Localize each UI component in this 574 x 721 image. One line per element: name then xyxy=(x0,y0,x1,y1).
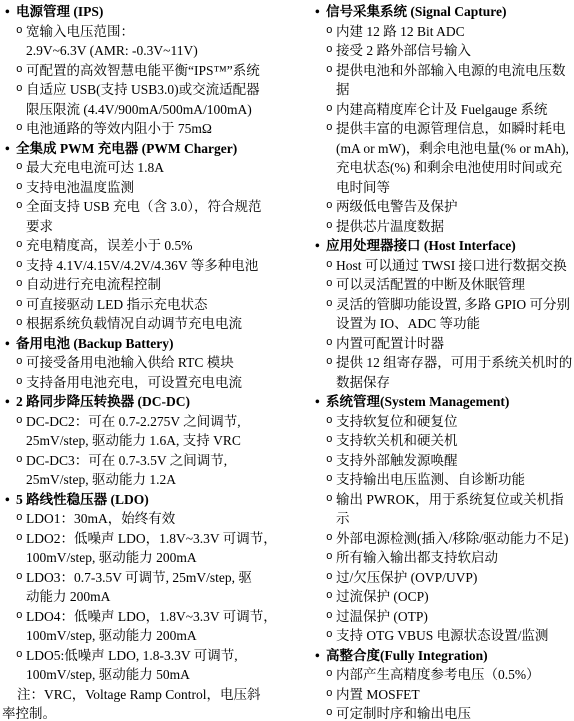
circle-bullet-icon: o xyxy=(16,80,26,119)
feature-item: o充电精度高，误差小于 0.5% xyxy=(5,236,295,256)
section-heading: •5 路线性稳压器 (LDO) xyxy=(5,490,295,510)
circle-bullet-icon: o xyxy=(16,353,26,373)
bullet-icon: • xyxy=(315,646,326,666)
feature-item-text: 内置可配置计时器 xyxy=(336,334,574,354)
section-heading: •2 路同步降压转换器 (DC-DC) xyxy=(5,392,295,412)
circle-bullet-icon: o xyxy=(16,529,26,568)
section-title-text: 应用处理器接口 (Host Interface) xyxy=(326,236,574,256)
features-column-left: •电源管理 (IPS)o宽输入电压范围：2.9V~6.3V (AMR: -0.3… xyxy=(5,2,295,721)
circle-bullet-icon: o xyxy=(16,119,26,139)
feature-item: o电池通路的等效内阻小于 75mΩ xyxy=(5,119,295,139)
feature-item-text: 提供芯片温度数据 xyxy=(336,217,574,237)
feature-item: o过/欠压保护 (OVP/UVP) xyxy=(315,568,574,588)
circle-bullet-icon: o xyxy=(326,334,336,354)
feature-item-text: 支持外部触发源唤醒 xyxy=(336,451,574,471)
feature-item: o内置 MOSFET xyxy=(315,685,574,705)
section-title-text: 全集成 PWM 充电器 (PWM Charger) xyxy=(16,139,295,159)
feature-item: o支持输出电压监测、自诊断功能 xyxy=(315,470,574,490)
section-title-text: 备用电池 (Backup Battery) xyxy=(16,334,295,354)
bullet-icon: • xyxy=(5,334,16,354)
circle-bullet-icon: o xyxy=(326,704,336,721)
circle-bullet-icon: o xyxy=(326,685,336,705)
feature-item: o内建高精度库仑计及 Fuelgauge 系统 xyxy=(315,100,574,120)
feature-item: o过流保护 (OCP) xyxy=(315,587,574,607)
feature-item: oDC-DC2：可在 0.7-2.275V 之间调节,25mV/step, 驱动… xyxy=(5,412,295,451)
circle-bullet-icon: o xyxy=(326,217,336,237)
circle-bullet-icon: o xyxy=(326,41,336,61)
circle-bullet-icon: o xyxy=(326,490,336,529)
bullet-icon: • xyxy=(5,392,16,412)
feature-item: o过温保护 (OTP) xyxy=(315,607,574,627)
bullet-icon: • xyxy=(5,139,16,159)
circle-bullet-icon: o xyxy=(16,275,26,295)
feature-item-text: 内部产生高精度参考电压（0.5%） xyxy=(336,665,574,685)
circle-bullet-icon: o xyxy=(326,529,336,549)
feature-item: oLDO4：低噪声 LDO，1.8V~3.3V 可调节，100mV/step, … xyxy=(5,607,295,646)
feature-item-text: 过/欠压保护 (OVP/UVP) xyxy=(336,568,574,588)
circle-bullet-icon: o xyxy=(16,646,26,685)
feature-item-text: LDO1：30mA，始终有效 xyxy=(26,509,295,529)
circle-bullet-icon: o xyxy=(16,22,26,61)
feature-item-text: 根据系统负载情况自动调节充电电流 xyxy=(26,314,295,334)
feature-item-text: 支持软关机和硬关机 xyxy=(336,431,574,451)
circle-bullet-icon: o xyxy=(16,412,26,451)
feature-item-text: 支持软复位和硬复位 xyxy=(336,412,574,432)
feature-item-text: 可定制时序和输出电压 xyxy=(336,704,574,721)
feature-item-text: 自适应 USB(支持 USB3.0)或交流适配器限压限流 (4.4V/900mA… xyxy=(26,80,295,119)
circle-bullet-icon: o xyxy=(16,158,26,178)
section-title-text: 电源管理 (IPS) xyxy=(16,2,295,22)
feature-item-text: 支持 OTG VBUS 电源状态设置/监测 xyxy=(336,626,574,646)
feature-item-text: 支持 4.1V/4.15V/4.2V/4.36V 等多种电池 xyxy=(26,256,295,276)
feature-item-text: 提供 12 组寄存器，可用于系统关机时的数据保存 xyxy=(336,353,574,392)
feature-item: oLDO1：30mA，始终有效 xyxy=(5,509,295,529)
feature-item-text: 充电精度高，误差小于 0.5% xyxy=(26,236,295,256)
section-heading: •应用处理器接口 (Host Interface) xyxy=(315,236,574,256)
circle-bullet-icon: o xyxy=(326,665,336,685)
bullet-icon: • xyxy=(315,2,326,22)
feature-item-text: 全面支持 USB 充电（含 3.0），符合规范要求 xyxy=(26,197,295,236)
feature-item-text: LDO2：低噪声 LDO，1.8V~3.3V 可调节，100mV/step, 驱… xyxy=(26,529,295,568)
feature-item: o根据系统负载情况自动调节充电电流 xyxy=(5,314,295,334)
feature-item: o支持外部触发源唤醒 xyxy=(315,451,574,471)
section-title-text: 高整合度(Fully Integration) xyxy=(326,646,574,666)
features-column-right: •信号采集系统 (Signal Capture)o内建 12 路 12 Bit … xyxy=(315,2,574,721)
feature-item-text: 输出 PWROK，用于系统复位或关机指示 xyxy=(336,490,574,529)
circle-bullet-icon: o xyxy=(326,548,336,568)
feature-item-text: 过温保护 (OTP) xyxy=(336,607,574,627)
feature-item-text: 接受 2 路外部信号输入 xyxy=(336,41,574,61)
section-heading: •电源管理 (IPS) xyxy=(5,2,295,22)
circle-bullet-icon: o xyxy=(326,626,336,646)
feature-item: o可以灵活配置的中断及休眠管理 xyxy=(315,275,574,295)
feature-item: o宽输入电压范围：2.9V~6.3V (AMR: -0.3V~11V) xyxy=(5,22,295,61)
feature-item: o提供电池和外部输入电源的电流电压数据 xyxy=(315,61,574,100)
feature-item-text: 宽输入电压范围：2.9V~6.3V (AMR: -0.3V~11V) xyxy=(26,22,295,61)
feature-item: o内置可配置计时器 xyxy=(315,334,574,354)
feature-item: o支持备用电池充电，可设置充电电流 xyxy=(5,373,295,393)
feature-item-text: DC-DC3：可在 0.7-3.5V 之间调节,25mV/step, 驱动能力 … xyxy=(26,451,295,490)
feature-item-text: 可配置的高效智慧电能平衡“IPS™”系统 xyxy=(26,61,295,81)
feature-item-text: 内建 12 路 12 Bit ADC xyxy=(336,22,574,42)
section-title-text: 5 路线性稳压器 (LDO) xyxy=(16,490,295,510)
feature-item-text: 最大充电电流可达 1.8A xyxy=(26,158,295,178)
feature-item: o灵活的管脚功能设置, 多路 GPIO 可分别设置为 IO、ADC 等功能 xyxy=(315,295,574,334)
section-heading: •高整合度(Fully Integration) xyxy=(315,646,574,666)
circle-bullet-icon: o xyxy=(326,22,336,42)
circle-bullet-icon: o xyxy=(326,295,336,334)
feature-item: o外部电源检测(插入/移除/驱动能力不足) xyxy=(315,529,574,549)
feature-item: o自动进行充电流程控制 xyxy=(5,275,295,295)
feature-item-text: 所有输入输出都支持软启动 xyxy=(336,548,574,568)
circle-bullet-icon: o xyxy=(16,373,26,393)
circle-bullet-icon: o xyxy=(16,314,26,334)
feature-item-text: 支持电池温度监测 xyxy=(26,178,295,198)
feature-item-text: 两级低电警告及保护 xyxy=(336,197,574,217)
feature-item: o支持软复位和硬复位 xyxy=(315,412,574,432)
features-page: •电源管理 (IPS)o宽输入电压范围：2.9V~6.3V (AMR: -0.3… xyxy=(0,0,574,721)
circle-bullet-icon: o xyxy=(16,256,26,276)
feature-item: o提供丰富的电源管理信息，如瞬时耗电(mA or mW)，剩余电池电量(% or… xyxy=(315,119,574,197)
circle-bullet-icon: o xyxy=(326,587,336,607)
feature-item: o内部产生高精度参考电压（0.5%） xyxy=(315,665,574,685)
circle-bullet-icon: o xyxy=(326,431,336,451)
feature-item-text: 提供丰富的电源管理信息，如瞬时耗电(mA or mW)，剩余电池电量(% or … xyxy=(336,119,574,197)
feature-item-text: 可接受备用电池输入供给 RTC 模块 xyxy=(26,353,295,373)
section-title-text: 系统管理(System Management) xyxy=(326,392,574,412)
circle-bullet-icon: o xyxy=(326,412,336,432)
circle-bullet-icon: o xyxy=(16,197,26,236)
feature-item-text: 提供电池和外部输入电源的电流电压数据 xyxy=(336,61,574,100)
section-heading: •系统管理(System Management) xyxy=(315,392,574,412)
feature-item-text: 电池通路的等效内阻小于 75mΩ xyxy=(26,119,295,139)
feature-item-text: 支持输出电压监测、自诊断功能 xyxy=(336,470,574,490)
circle-bullet-icon: o xyxy=(326,61,336,100)
feature-item-text: 自动进行充电流程控制 xyxy=(26,275,295,295)
bullet-icon: • xyxy=(5,490,16,510)
feature-item: oLDO2：低噪声 LDO，1.8V~3.3V 可调节，100mV/step, … xyxy=(5,529,295,568)
feature-item: o最大充电电流可达 1.8A xyxy=(5,158,295,178)
feature-item: o提供芯片温度数据 xyxy=(315,217,574,237)
circle-bullet-icon: o xyxy=(326,275,336,295)
feature-item: o两级低电警告及保护 xyxy=(315,197,574,217)
circle-bullet-icon: o xyxy=(326,197,336,217)
circle-bullet-icon: o xyxy=(16,236,26,256)
circle-bullet-icon: o xyxy=(16,451,26,490)
circle-bullet-icon: o xyxy=(326,568,336,588)
feature-item: oDC-DC3：可在 0.7-3.5V 之间调节,25mV/step, 驱动能力… xyxy=(5,451,295,490)
circle-bullet-icon: o xyxy=(16,607,26,646)
bullet-icon: • xyxy=(5,2,16,22)
bullet-icon: • xyxy=(315,392,326,412)
feature-item: o可配置的高效智慧电能平衡“IPS™”系统 xyxy=(5,61,295,81)
footnote: 注：VRC，Voltage Ramp Control，电压斜率控制。 xyxy=(2,685,295,721)
circle-bullet-icon: o xyxy=(326,119,336,197)
feature-item: o支持电池温度监测 xyxy=(5,178,295,198)
feature-item: o提供 12 组寄存器，可用于系统关机时的数据保存 xyxy=(315,353,574,392)
feature-item: o输出 PWROK，用于系统复位或关机指示 xyxy=(315,490,574,529)
feature-item-text: 外部电源检测(插入/移除/驱动能力不足) xyxy=(336,529,574,549)
feature-item-text: Host 可以通过 TWSI 接口进行数据交换 xyxy=(336,256,574,276)
circle-bullet-icon: o xyxy=(326,451,336,471)
feature-item-text: LDO4：低噪声 LDO，1.8V~3.3V 可调节，100mV/step, 驱… xyxy=(26,607,295,646)
circle-bullet-icon: o xyxy=(326,607,336,627)
circle-bullet-icon: o xyxy=(16,61,26,81)
feature-item: o可定制时序和输出电压 xyxy=(315,704,574,721)
feature-item-text: LDO5:低噪声 LDO, 1.8-3.3V 可调节,100mV/step, 驱… xyxy=(26,646,295,685)
feature-item: oLDO3：0.7-3.5V 可调节, 25mV/step, 驱动能力 200m… xyxy=(5,568,295,607)
feature-item-text: 支持备用电池充电，可设置充电电流 xyxy=(26,373,295,393)
feature-item: o接受 2 路外部信号输入 xyxy=(315,41,574,61)
feature-item: o内建 12 路 12 Bit ADC xyxy=(315,22,574,42)
circle-bullet-icon: o xyxy=(326,470,336,490)
circle-bullet-icon: o xyxy=(326,353,336,392)
feature-item: o支持 OTG VBUS 电源状态设置/监测 xyxy=(315,626,574,646)
feature-item: o支持软关机和硬关机 xyxy=(315,431,574,451)
feature-item-text: DC-DC2：可在 0.7-2.275V 之间调节,25mV/step, 驱动能… xyxy=(26,412,295,451)
circle-bullet-icon: o xyxy=(16,295,26,315)
section-title-text: 信号采集系统 (Signal Capture) xyxy=(326,2,574,22)
feature-item: o自适应 USB(支持 USB3.0)或交流适配器限压限流 (4.4V/900m… xyxy=(5,80,295,119)
circle-bullet-icon: o xyxy=(326,100,336,120)
feature-item-text: 过流保护 (OCP) xyxy=(336,587,574,607)
feature-item: o可接受备用电池输入供给 RTC 模块 xyxy=(5,353,295,373)
section-heading: •备用电池 (Backup Battery) xyxy=(5,334,295,354)
feature-item-text: LDO3：0.7-3.5V 可调节, 25mV/step, 驱动能力 200mA xyxy=(26,568,295,607)
feature-item: o全面支持 USB 充电（含 3.0），符合规范要求 xyxy=(5,197,295,236)
feature-item-text: 可直接驱动 LED 指示充电状态 xyxy=(26,295,295,315)
circle-bullet-icon: o xyxy=(326,256,336,276)
feature-item-text: 可以灵活配置的中断及休眠管理 xyxy=(336,275,574,295)
section-heading: •信号采集系统 (Signal Capture) xyxy=(315,2,574,22)
circle-bullet-icon: o xyxy=(16,178,26,198)
feature-item-text: 内建高精度库仑计及 Fuelgauge 系统 xyxy=(336,100,574,120)
circle-bullet-icon: o xyxy=(16,568,26,607)
feature-item: oLDO5:低噪声 LDO, 1.8-3.3V 可调节,100mV/step, … xyxy=(5,646,295,685)
bullet-icon: • xyxy=(315,236,326,256)
feature-item: o支持 4.1V/4.15V/4.2V/4.36V 等多种电池 xyxy=(5,256,295,276)
feature-item: o可直接驱动 LED 指示充电状态 xyxy=(5,295,295,315)
feature-item-text: 灵活的管脚功能设置, 多路 GPIO 可分别设置为 IO、ADC 等功能 xyxy=(336,295,574,334)
section-title-text: 2 路同步降压转换器 (DC-DC) xyxy=(16,392,295,412)
circle-bullet-icon: o xyxy=(16,509,26,529)
feature-item-text: 内置 MOSFET xyxy=(336,685,574,705)
feature-item: oHost 可以通过 TWSI 接口进行数据交换 xyxy=(315,256,574,276)
feature-item: o所有输入输出都支持软启动 xyxy=(315,548,574,568)
section-heading: •全集成 PWM 充电器 (PWM Charger) xyxy=(5,139,295,159)
